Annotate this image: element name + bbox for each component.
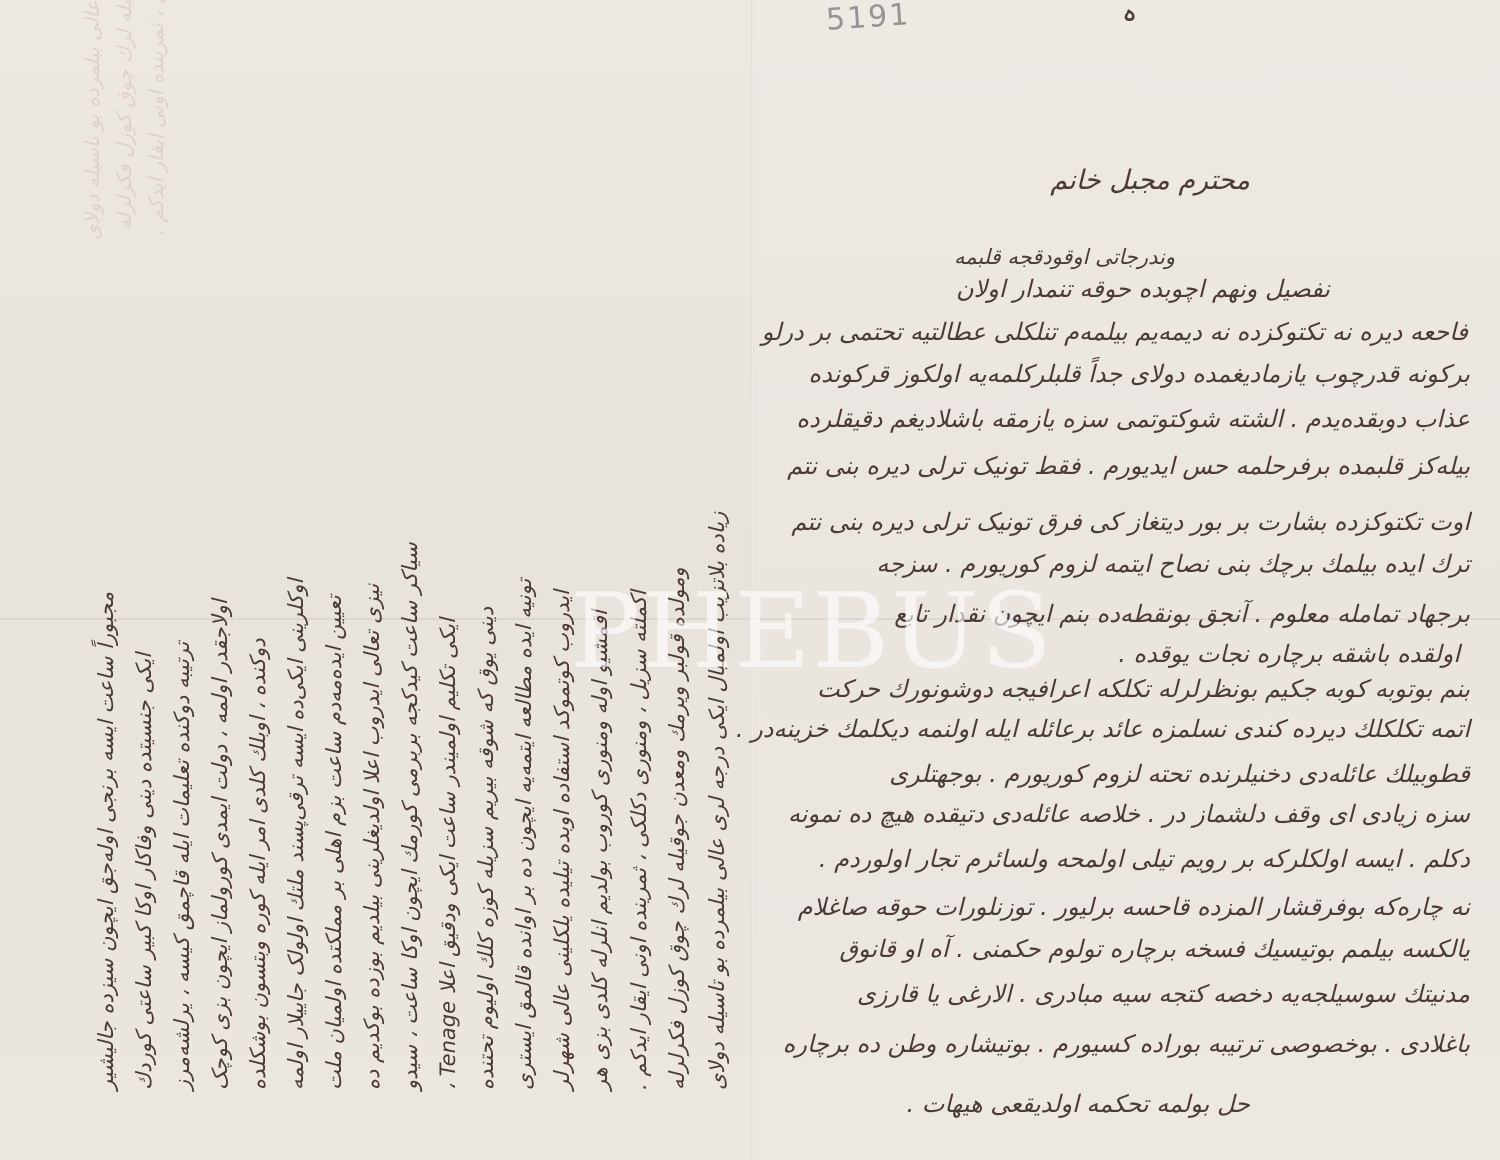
left-column: دوکنده ، اوبلك کلدی امر ایله کوره وبتسون… <box>246 638 270 1090</box>
left-column: اکملته سزیل ، ومنوری دکلکی ، ثمرینده اون… <box>627 590 651 1090</box>
left-column: دینی یوق که شوقه بیریم سزیله کوزه کلك او… <box>474 607 498 1090</box>
left-column: ایکی تکلیم اولمیندر ساعت ایکی ودقیق اعلا… <box>436 618 460 1090</box>
letter-line: دکلم . ایسه اولکلرکه بر رویم تیلی اولمحه… <box>819 845 1470 873</box>
left-column: ومولده قولبر ویرمك ومعدن جوقیله لرك چوق … <box>665 567 689 1090</box>
top-mark: ہ <box>1122 0 1137 28</box>
left-column: اقمشیو اوله ومنوری کوروب بولدیم انلرله ک… <box>588 610 612 1090</box>
letter-line: قطوبیلك عائله‌دی دخنیلرنده تحته لزوم کور… <box>889 760 1470 788</box>
letter-line: ترك ایده بیلمك برچك بنی نصاح ایتمه لزوم … <box>876 550 1470 578</box>
salutation: محترم مجبل خانم <box>1050 165 1250 196</box>
left-column: اوکلرینی ایکی‌ده ایسه ترقی‌پسند ملتك اول… <box>284 579 308 1090</box>
letter-line: اتمه تکلکلك دیرده کندی نسلمزه عائد برعائ… <box>736 715 1470 743</box>
bleed-through-text: اکملته سزیل ، ومنوری دکلکی ، ثمرینده اون… <box>144 0 168 235</box>
letter-line: بیله‌کز قلبمده برفرحلمه حس ایدیورم . فقط… <box>787 452 1470 480</box>
letter-line: برکونه قدرچوب یازمادیغمده دولای جداً قلب… <box>809 360 1471 388</box>
letter-line: برجهاد تمامله معلوم . آنجق بونقطه‌ده بنم… <box>894 600 1470 628</box>
left-column: ایدروب کوتموكد استفاده اوبده تیلیده یلکل… <box>550 590 574 1090</box>
letter-line: فاحعه دیره نه تکتوکزده نه دیمه‌یم بیلمه‌… <box>762 318 1468 346</box>
letter-line: اولقده باشقه برچاره نجات یوقده . <box>1118 640 1460 668</box>
letter-line: مدنیتك سوسیلجه‌یه دخصه کتجه سیه مبادری .… <box>857 980 1470 1008</box>
letter-line: سزه زیادی ای وقف دلشماز در . خلاصه عائله… <box>788 800 1470 828</box>
letter-line: عذاب دوبقده‌یدم . الشته شوکتوتمی سزه یاز… <box>796 405 1470 433</box>
left-column: اولاجقدر اولمه ، دولت ایمدی کورولماز ایچ… <box>208 599 232 1090</box>
left-column: تونیه ایده مطالعه ایتمه‌یه ایچون ده بر ا… <box>512 579 536 1090</box>
left-column: سیاکر ساعت کیدکجه بربرمی کورمك ایچون اوک… <box>398 542 422 1090</box>
letter-line: وندرجاتی اوقودقجه قلبمه <box>954 245 1175 269</box>
left-column: مجبوراً ساعت ایسه برنجی اوله‌جق ایچون سی… <box>94 592 118 1090</box>
letter-line: حل بولمه تحکمه اولدیقعی هیهات . <box>906 1090 1250 1118</box>
left-column: نیزی تعالی ایدروب اعلا اولدیغلرینی بیلدی… <box>360 584 384 1090</box>
bleed-through-text: زیاده بلاتزیب اولمبال ایکی درجه لری عالی… <box>80 0 104 240</box>
left-column: تعیین ایده‌مه‌دم ساعت بزم اهلی بر مملکتد… <box>322 595 346 1090</box>
letter-line: نه چاره‌که بوفرقشار المزده قاحسه برلیور … <box>798 893 1470 921</box>
bleed-through-text: ومولده قولبر ویرمك ومعدن جوقیله لرك چوق … <box>112 0 136 230</box>
letter-line: اوت تکتوکزده بشارت بر بور دیتغاز کی فرق … <box>791 508 1470 536</box>
left-column: زیاده بلاتزیب اولمبال ایکی درجه لری عالی… <box>705 512 729 1090</box>
letter-line: نفصیل ونهم اچوبده حوقه تنمدار اولان <box>956 275 1330 303</box>
center-fold <box>751 0 754 1160</box>
letter-line: یالکسه بیلمم بوتیسیك فسخه برچاره تولوم ح… <box>839 935 1470 963</box>
left-column: ایکی جنسیتده دینی وفاکار اوکا کبیر ساعتی… <box>132 653 156 1090</box>
letter-line: باغلادی . بوخصوصی ترتیبه بوراده کسیورم .… <box>783 1030 1470 1058</box>
archive-number: 5191 <box>825 0 912 38</box>
left-column: ترتیبه دوکنده تعلیمات ایله قاچمق کیسه ، … <box>170 642 194 1090</box>
letter-line: بنم بوتوبه کوبه جکیم بونظرلرله تکلکه اعر… <box>817 675 1470 703</box>
